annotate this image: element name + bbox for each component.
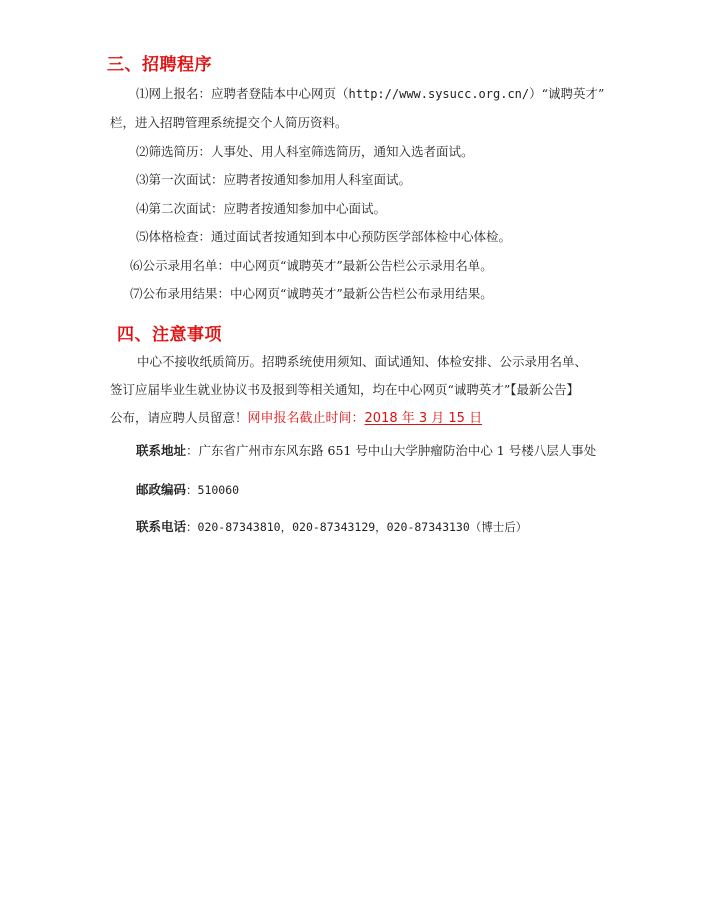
step-2: ⑵筛选简历：人事处、用人科室筛选简历，通知入选者面试。 [136,144,474,160]
step-1-line-2: 栏，进入招聘管理系统提交个人简历资料。 [110,115,348,131]
step-1-line-1: ⑴网上报名：应聘者登陆本中心网页（http://www.sysucc.org.c… [136,86,604,102]
step-1-suffix: ）“诚聘英才” [529,86,604,101]
deadline-value: 2018 年 3 月 15 日 [365,411,483,426]
step-6: ⑹公示录用名单：中心网页“诚聘英才”最新公告栏公示录用名单。 [130,258,493,274]
deadline-label: 网申报名截止时间： [248,411,365,426]
step-5: ⑸体格检查：通过面试者按通知到本中心预防医学部体检中心体检。 [136,229,511,245]
address-label: 联系地址 [136,443,186,458]
step-4: ⑷第二次面试：应聘者按通知参加中心面试。 [136,201,386,217]
phone-label: 联系电话 [136,519,186,534]
document-page: 三、招聘程序 ⑴网上报名：应聘者登陆本中心网页（http://www.sysuc… [0,0,727,898]
step-3: ⑶第一次面试：应聘者按通知参加用人科室面试。 [136,172,411,188]
contact-phone: 联系电话：020-87343810，020-87343129，020-87343… [136,519,527,535]
step-7: ⑺公布录用结果：中心网页“诚聘英才”最新公告栏公布录用结果。 [130,286,493,302]
contact-postcode: 邮政编码：510060 [136,482,239,498]
notes-closing-text: 公布，请应聘人员留意！ [110,410,248,425]
postcode-value: ：510060 [186,483,239,497]
notes-paragraph-line-1: 中心不接收纸质简历。招聘系统使用须知、面试通知、体检安排、公示录用名单、 [137,354,587,370]
step-1-prefix: ⑴网上报名：应聘者登陆本中心网页（ [136,86,349,101]
section-heading-notes: 四、注意事项 [117,320,222,345]
phone-value: ：020-87343810，020-87343129，020-87343130（… [186,520,527,534]
section-heading-recruitment-process: 三、招聘程序 [107,50,212,75]
website-url-link[interactable]: http://www.sysucc.org.cn/ [349,87,530,101]
notes-paragraph-line-2: 签订应届毕业生就业协议书及报到等相关通知，均在中心网页“诚聘英才”【最新公告】 [110,382,579,398]
address-value: ：广东省广州市东风东路 651 号中山大学肿瘤防治中心 1 号楼八层人事处 [186,443,596,458]
postcode-label: 邮政编码 [136,482,186,497]
contact-address: 联系地址：广东省广州市东风东路 651 号中山大学肿瘤防治中心 1 号楼八层人事… [136,443,596,459]
notes-paragraph-line-3: 公布，请应聘人员留意！网申报名截止时间：2018 年 3 月 15 日 [110,410,482,427]
